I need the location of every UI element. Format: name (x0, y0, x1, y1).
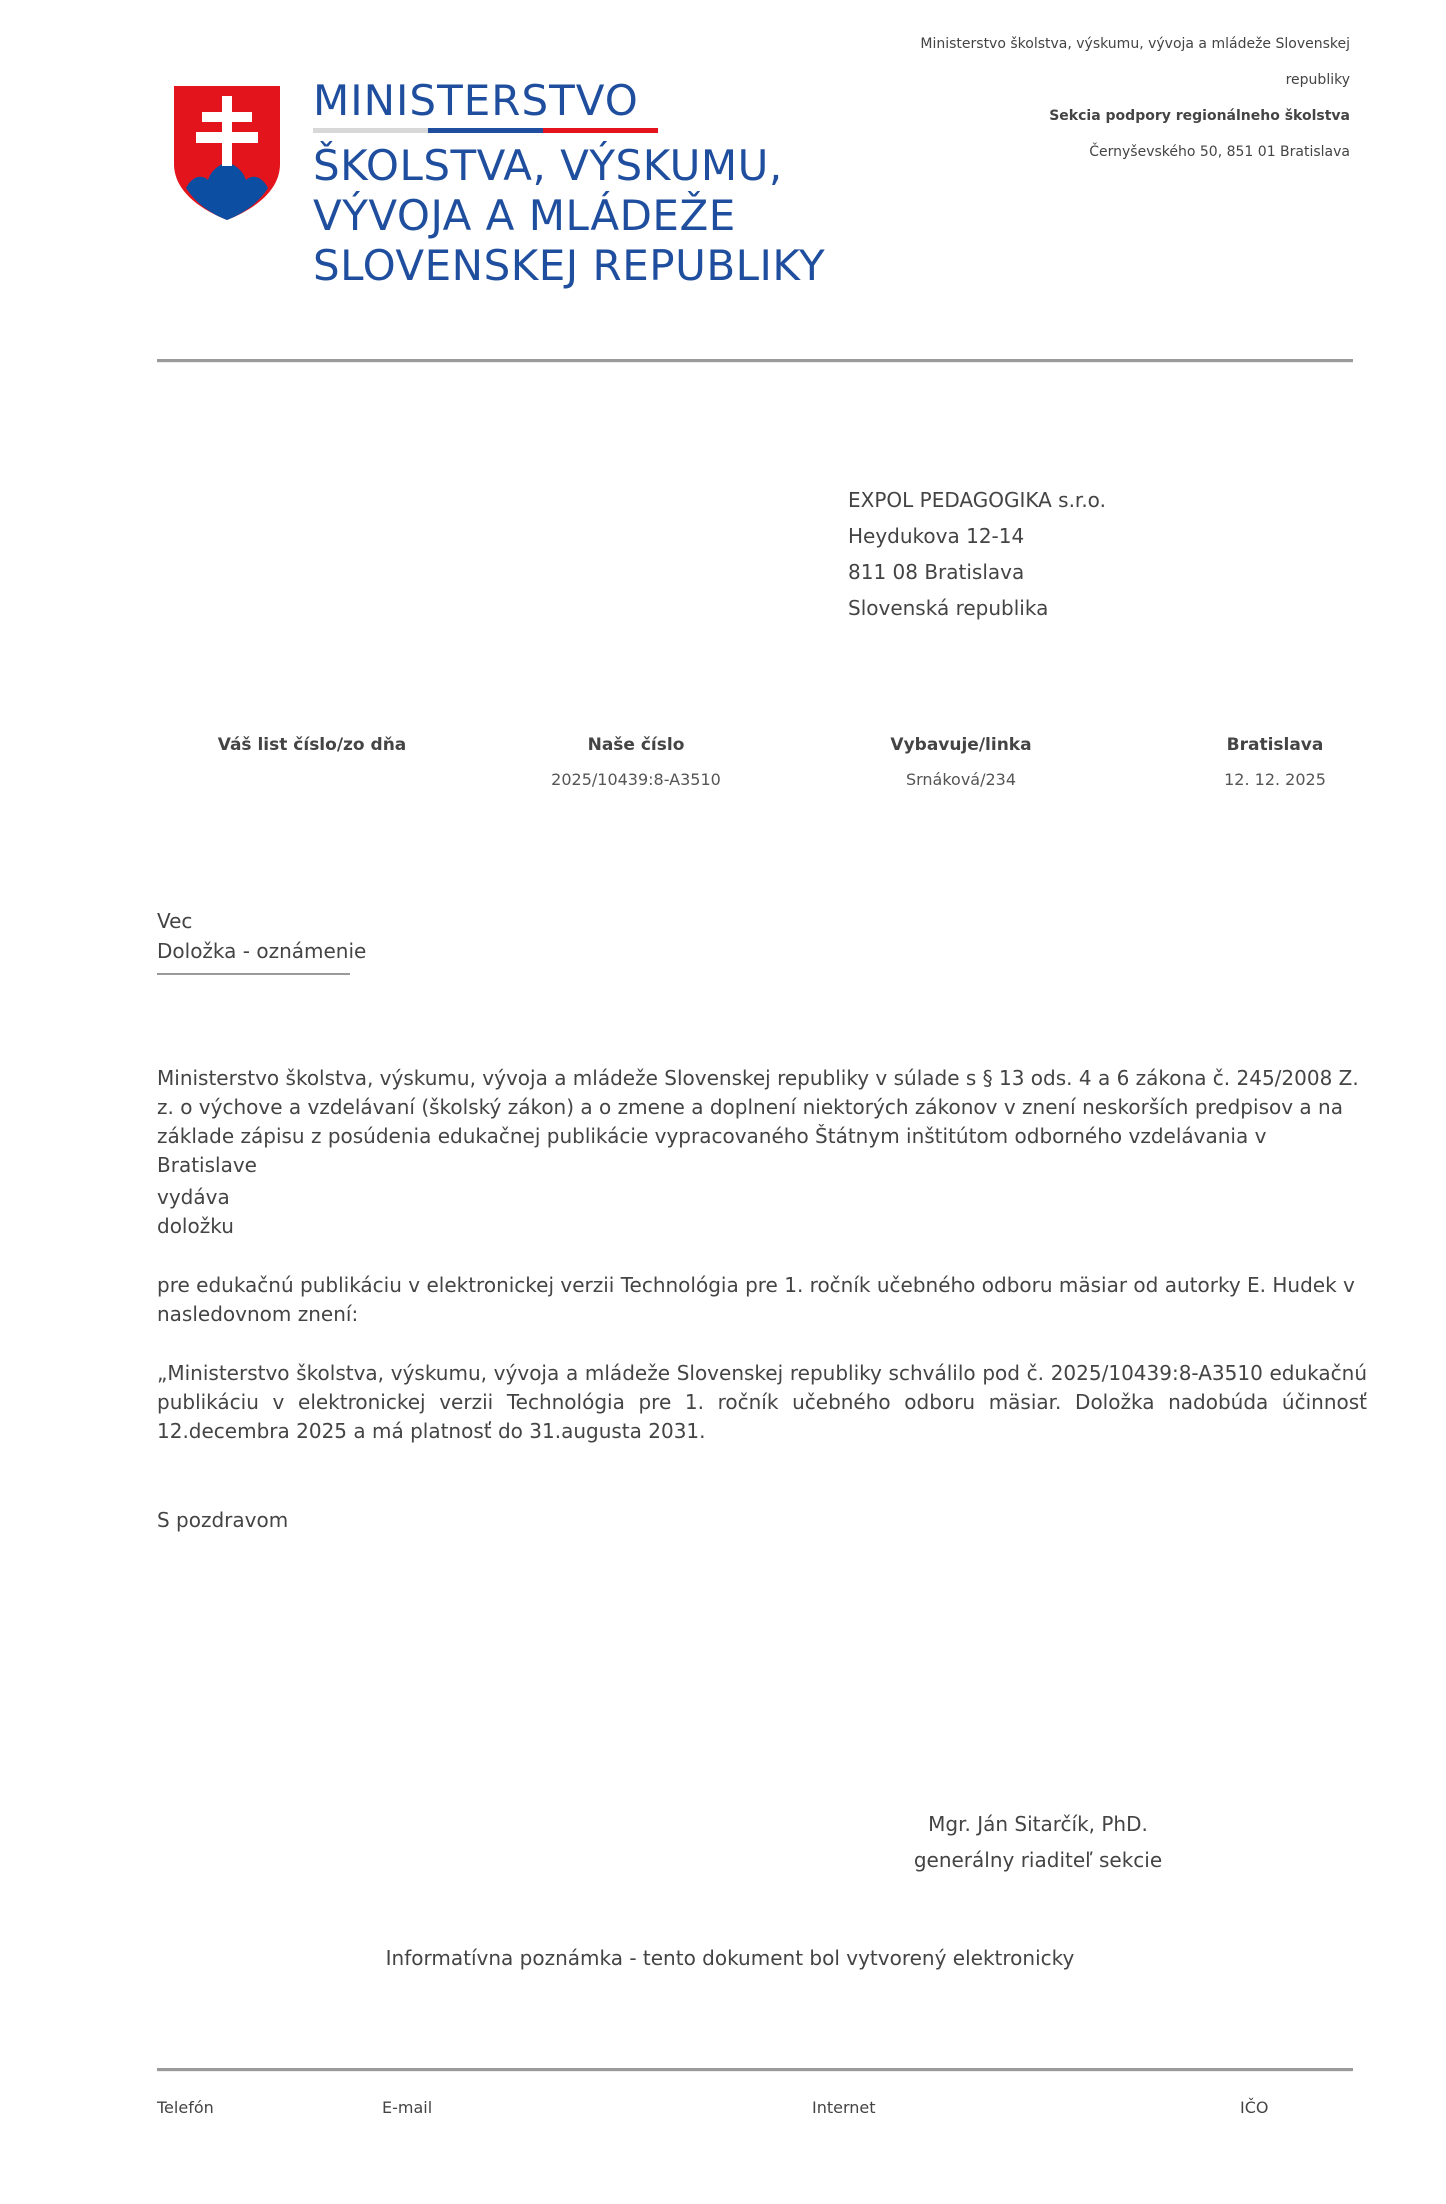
logo-tricolor-bar (313, 128, 658, 133)
ref-header: Váš list číslo/zo dňa (152, 728, 472, 762)
ref-header: Bratislava (1115, 728, 1435, 762)
ref-our-number: Naše číslo 2025/10439:8-A3510 (476, 728, 796, 798)
sender-ministry-line2: republiky (920, 62, 1350, 98)
recipient-address: EXPOL PEDAGOGIKA s.r.o. Heydukova 12-14 … (848, 482, 1106, 626)
header-divider (157, 359, 1353, 363)
ministry-logo: MINISTERSTVO ŠKOLSTVA, VÝSKUMU, VÝVOJA A… (313, 78, 825, 291)
recipient-company: EXPOL PEDAGOGIKA s.r.o. (848, 482, 1106, 518)
sender-address: Ministerstvo školstva, výskumu, vývoja a… (920, 26, 1350, 170)
footer-ico-label: IČO (1240, 2098, 1268, 2117)
logo-line-vyvoja: VÝVOJA A MLÁDEŽE (313, 191, 825, 241)
sender-section: Sekcia podpory regionálneho školstva (920, 98, 1350, 134)
body-quote: „Ministerstvo školstva, výskumu, vývoja … (157, 1359, 1367, 1446)
logo-line-skolstva: ŠKOLSTVA, VÝSKUMU, (313, 141, 825, 191)
ref-value: 2025/10439:8-A3510 (476, 762, 796, 798)
subject-label: Vec (157, 906, 366, 936)
subject-block: Vec Doložka - oznámenie (157, 906, 366, 966)
sender-ministry-line1: Ministerstvo školstva, výskumu, vývoja a… (920, 26, 1350, 62)
ref-your-letter: Váš list číslo/zo dňa (152, 728, 472, 798)
closing: S pozdravom (157, 1506, 1367, 1535)
signature-block: Mgr. Ján Sitarčík, PhD. generálny riadit… (888, 1806, 1188, 1878)
ref-value (152, 762, 472, 798)
ref-value: 12. 12. 2025 (1115, 762, 1435, 798)
footer-phone-label: Telefón (157, 2098, 214, 2117)
body-for-publication: pre edukačnú publikáciu v elektronickej … (157, 1271, 1367, 1329)
ref-header: Vybavuje/linka (801, 728, 1121, 762)
recipient-city: 811 08 Bratislava (848, 554, 1106, 590)
ref-header: Naše číslo (476, 728, 796, 762)
ref-value: Srnáková/234 (801, 762, 1121, 798)
footer-divider (157, 2068, 1353, 2072)
subject-title: Doložka - oznámenie (157, 936, 366, 966)
body-intro: Ministerstvo školstva, výskumu, vývoja a… (157, 1064, 1367, 1180)
ref-place-date: Bratislava 12. 12. 2025 (1115, 728, 1435, 798)
recipient-street: Heydukova 12-14 (848, 518, 1106, 554)
recipient-country: Slovenská republika (848, 590, 1106, 626)
body-issues: vydáva (157, 1183, 1367, 1212)
footer-internet-label: Internet (812, 2098, 876, 2117)
electronic-note: Informatívna poznámka - tento dokument b… (330, 1946, 1130, 1970)
body-clause: doložku (157, 1212, 1367, 1241)
signatory-name: Mgr. Ján Sitarčík, PhD. (888, 1806, 1188, 1842)
sender-street: Černyševského 50, 851 01 Bratislava (920, 134, 1350, 170)
logo-line-ministerstvo: MINISTERSTVO (313, 78, 825, 124)
coat-of-arms-icon (172, 84, 282, 222)
subject-underline (157, 973, 350, 975)
ref-handled-by: Vybavuje/linka Srnáková/234 (801, 728, 1121, 798)
logo-line-republiky: SLOVENSKEJ REPUBLIKY (313, 241, 825, 291)
signatory-title: generálny riaditeľ sekcie (888, 1842, 1188, 1878)
footer-email-label: E-mail (382, 2098, 432, 2117)
